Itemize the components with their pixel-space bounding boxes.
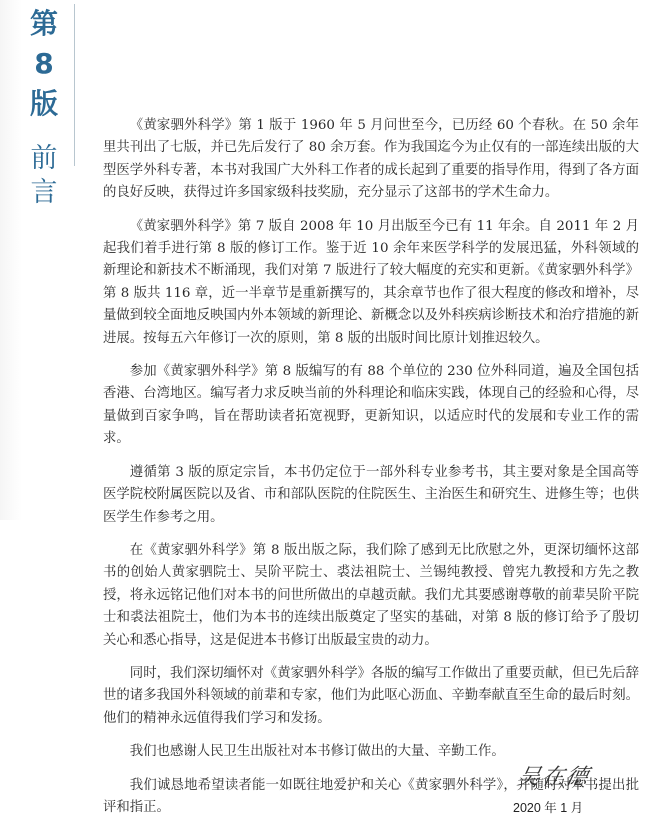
preface-body: 《黄家驷外科学》第 1 版于 1960 年 5 月问世至今，已历经 60 个春秋… (103, 115, 639, 830)
date: 2020 年 1 月 (513, 798, 583, 816)
paragraph: 遵循第 3 版的原定宗旨，本书仍定位于一部外科专业参考书，其主要对象是全国高等医… (103, 462, 639, 529)
page-edge-shadow (0, 0, 22, 520)
heading-divider (74, 4, 75, 166)
edition-char: 8 (34, 44, 53, 84)
edition-char: 版 (30, 84, 58, 124)
section-char: 言 (31, 176, 58, 210)
edition-char: 第 (30, 4, 58, 44)
paragraph: 《黄家驷外科学》第 1 版于 1960 年 5 月问世至今，已历经 60 个春秋… (103, 115, 639, 205)
paragraph: 同时，我们深切缅怀对《黄家驷外科学》各版的编写工作做出了重要贡献，但已先后辞世的… (103, 663, 639, 730)
author-signature: 吴在德 (515, 760, 594, 791)
paragraph: 在《黄家驷外科学》第 8 版出版之际，我们除了感到无比欣慰之外，更深切缅怀这部书… (103, 540, 639, 652)
side-heading: 第 8 版 前 言 (24, 4, 64, 210)
paragraph: 参加《黄家驷外科学》第 8 版编写的有 88 个单位的 230 位外科同道，遍及… (103, 361, 639, 451)
section-char: 前 (31, 142, 58, 176)
paragraph: 《黄家驷外科学》第 7 版自 2008 年 10 月出版至今已有 11 年余。自… (103, 216, 639, 350)
